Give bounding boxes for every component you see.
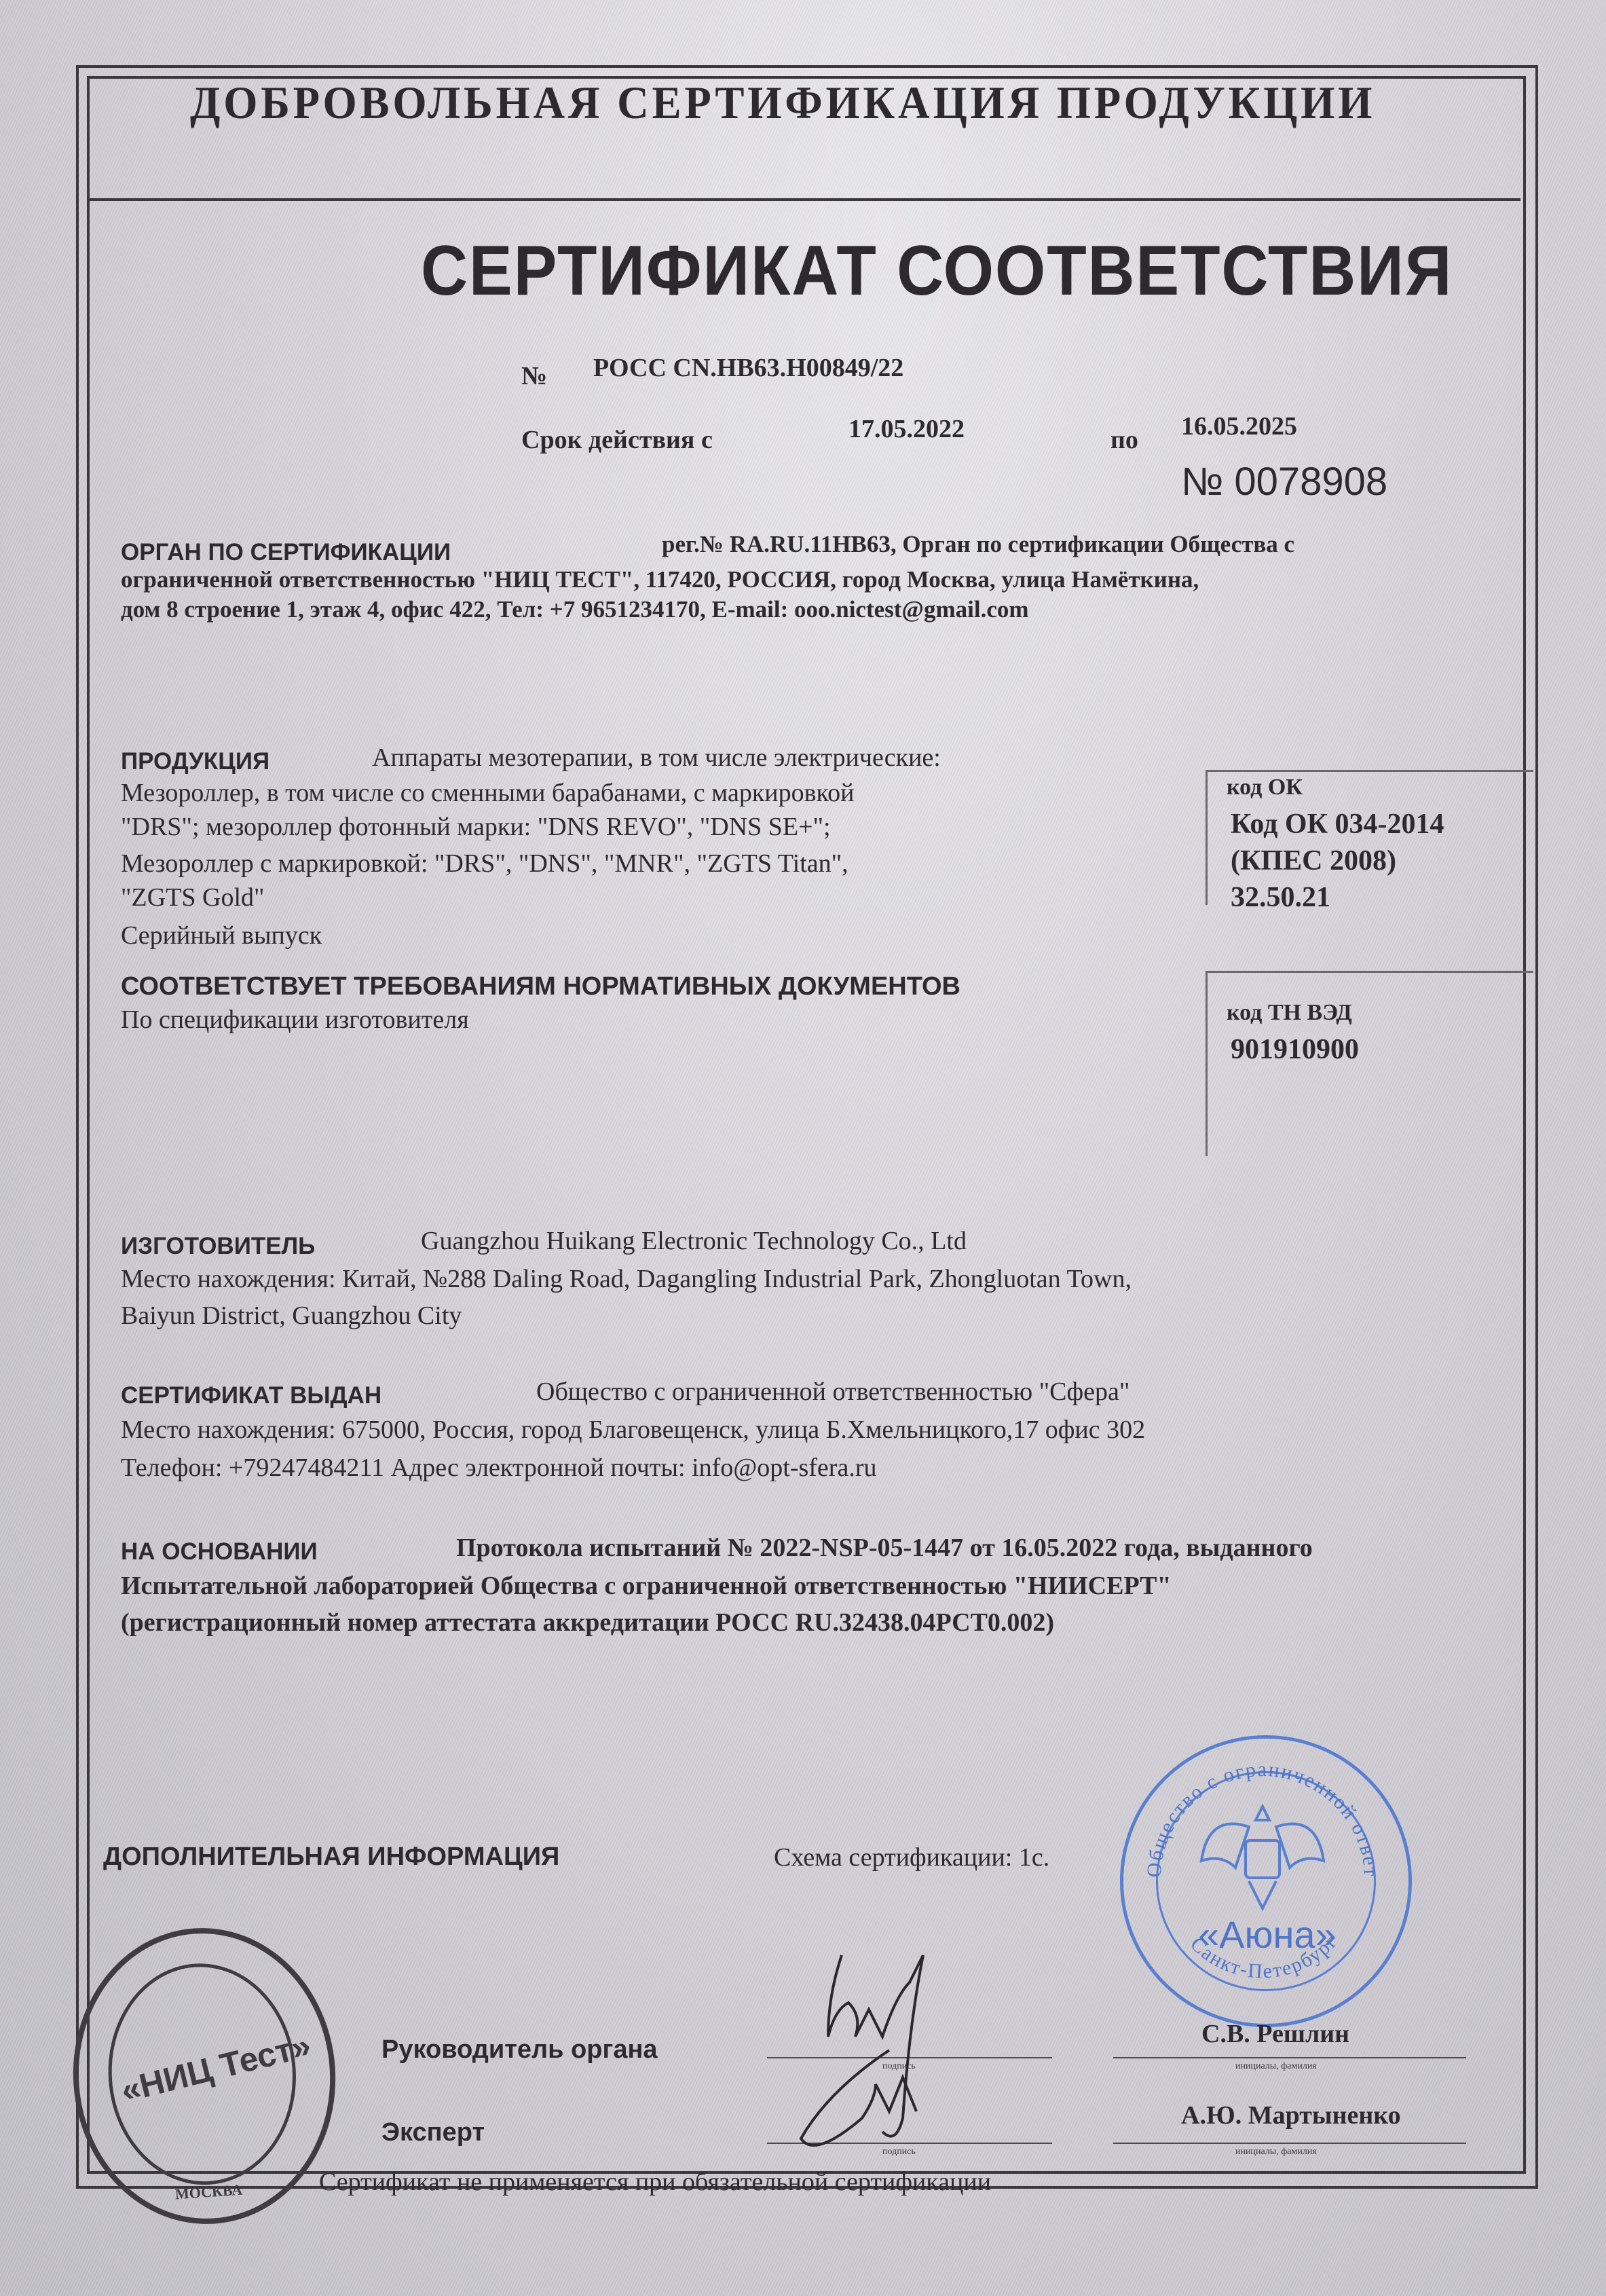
valid-to-label: по	[1110, 425, 1138, 455]
basis-line1: Протокола испытаний № 2022-NSP-05-1447 о…	[456, 1533, 1313, 1563]
certificate-number: РОСС CN.НВ63.Н00849/22	[593, 353, 903, 383]
issued-to-label: СЕРТИФИКАТ ВЫДАН	[121, 1382, 381, 1409]
certification-body-line3: дом 8 строение 1, этаж 4, офис 422, Тел:…	[121, 596, 1029, 623]
product-line4: Мезороллер с маркировкой: "DRS", "DNS", …	[121, 849, 848, 878]
footer-note: Сертификат не применяется при обязательн…	[319, 2167, 991, 2197]
blue-company-stamp: Общество с ограниченной ответственностью…	[1120, 1735, 1412, 2027]
conformity-value: По спецификации изготовителя	[121, 1005, 469, 1035]
certification-body-line2: ограниченной ответственностью "НИЦ ТЕСТ"…	[121, 566, 1199, 593]
basis-label: НА ОСНОВАНИИ	[121, 1538, 318, 1566]
top-heading: ДОБРОВОЛЬНАЯ СЕРТИФИКАЦИЯ ПРОДУКЦИИ	[190, 76, 1375, 130]
head-name-line	[1113, 2057, 1466, 2058]
product-line1: Аппараты мезотерапии, в том числе электр…	[372, 743, 941, 773]
grey-stamp-city: МОСКВА	[174, 2181, 243, 2204]
head-name: С.В. Решлин	[1201, 2019, 1349, 2049]
product-line5: "ZGTS Gold"	[121, 883, 265, 912]
certification-body-line1: рег.№ RA.RU.11НВ63, Орган по сертификаци…	[662, 531, 1294, 558]
manufacturer-name: Guangzhou Huikang Electronic Technology …	[421, 1226, 967, 1256]
ok-code-box: код ОК Код ОК 034-2014 (КПЕС 2008) 32.50…	[1206, 770, 1533, 905]
double-headed-eagle-icon	[1201, 1807, 1324, 1908]
valid-to: 16.05.2025	[1181, 411, 1297, 441]
certification-scheme: Схема сертификации: 1с.	[774, 1843, 1049, 1872]
expert-name: А.Ю. Мартыненко	[1181, 2100, 1401, 2130]
product-line6: Серийный выпуск	[121, 921, 322, 950]
manufacturer-address-line2: Baiyun District, Guangzhou City	[121, 1301, 462, 1331]
issued-to-contacts: Телефон: +79247484211 Адрес электронной …	[121, 1453, 876, 1483]
expert-name-caption: инициалы, фамилия	[1235, 2147, 1317, 2158]
validity-label: Срок действия с	[521, 425, 713, 455]
blue-stamp-center-text: «Аюна»	[1198, 1912, 1337, 1957]
ok-code-line1: Код ОК 034-2014	[1231, 806, 1444, 843]
issued-to-address: Место нахождения: 675000, Россия, город …	[121, 1415, 1145, 1445]
header-divider	[90, 198, 1520, 201]
tnved-code-value: 901910900	[1231, 1031, 1359, 1068]
product-line3: "DRS"; мезороллер фотонный марки: "DNS R…	[121, 812, 831, 842]
number-prefix: №	[521, 361, 547, 391]
ok-code-label: код ОК	[1227, 775, 1303, 800]
product-line2: Мезороллер, в том числе со сменными бара…	[121, 778, 854, 808]
basis-line3: (регистрационный номер аттестата аккреди…	[121, 1608, 1054, 1637]
additional-info-label: ДОПОЛНИТЕЛЬНАЯ ИНФОРМАЦИЯ	[103, 1843, 559, 1872]
manufacturer-address-line1: Место нахождения: Китай, №288 Daling Roa…	[121, 1264, 1132, 1294]
valid-from: 17.05.2022	[848, 414, 965, 444]
expert-name-line	[1113, 2143, 1466, 2144]
stamp-ring-text-icon: Общество с ограниченной ответственностью…	[1120, 1735, 1405, 2020]
head-of-body-label: Руководитель органа	[381, 2035, 658, 2064]
handwritten-signature-icon	[787, 1942, 1059, 2166]
ok-code-line3: 32.50.21	[1231, 879, 1330, 916]
tnved-code-label: код ТН ВЭД	[1227, 1000, 1352, 1026]
blank-number: № 0078908	[1181, 459, 1387, 504]
basis-line2: Испытательной лабораторией Общества с ог…	[121, 1571, 1172, 1601]
svg-text:Общество с ограниченной ответс: Общество с ограниченной ответственностью	[1120, 1735, 1382, 1878]
expert-label: Эксперт	[381, 2118, 485, 2147]
conformity-label: СООТВЕТСТВУЕТ ТРЕБОВАНИЯМ НОРМАТИВНЫХ ДО…	[121, 972, 960, 1001]
head-name-caption: инициалы, фамилия	[1235, 2061, 1317, 2072]
product-label: ПРОДУКЦИЯ	[121, 748, 269, 775]
certification-body-label: ОРГАН ПО СЕРТИФИКАЦИИ	[121, 539, 451, 566]
certificate-title: СЕРТИФИКАТ СООТВЕТСТВИЯ	[421, 231, 1453, 312]
tnved-code-box: код ТН ВЭД 901910900	[1206, 971, 1533, 1156]
ok-code-line2: (КПЕС 2008)	[1231, 843, 1396, 879]
issued-to-name: Общество с ограниченной ответственностью…	[536, 1377, 1129, 1407]
manufacturer-label: ИЗГОТОВИТЕЛЬ	[121, 1233, 315, 1260]
